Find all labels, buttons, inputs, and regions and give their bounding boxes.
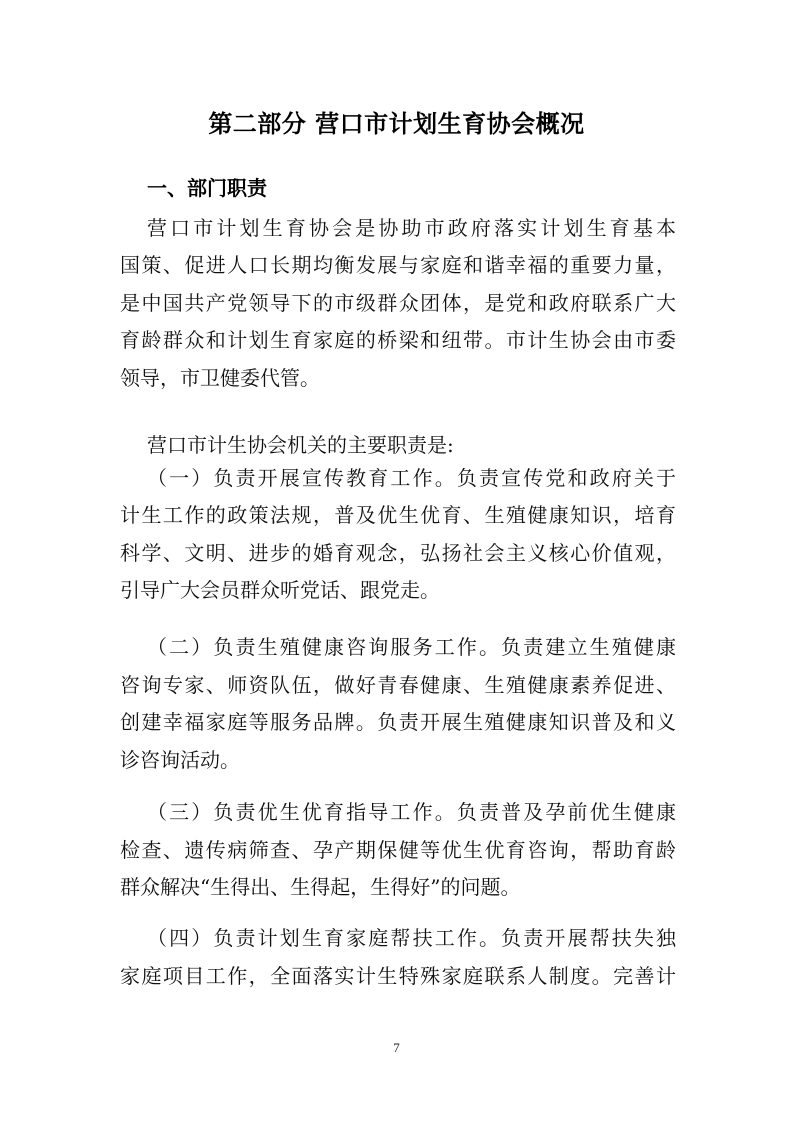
body-line: 计生工作的政策法规，普及优生优育、生殖健康知识，培育 xyxy=(120,500,676,530)
body-line: （四）负责计划生育家庭帮扶工作。负责开展帮扶失独 xyxy=(147,923,676,953)
body-line: 营口市计生协会机关的主要职责是: xyxy=(147,430,676,460)
document-page: 第二部分 营口市计划生育协会概况 一、部门职责 营口市计划生育协会是协助市政府落… xyxy=(0,0,793,1122)
body-line: 国策、促进人口长期均衡发展与家庭和谐幸福的重要力量， xyxy=(120,250,676,280)
page-number: 7 xyxy=(0,1040,793,1056)
body-line: 家庭项目工作，全面落实计生特殊家庭联系人制度。完善计 xyxy=(120,961,676,991)
body-line: 咨询专家、师资队伍，做好青春健康、生殖健康素养促进、 xyxy=(120,670,676,700)
body-line: 诊咨询活动。 xyxy=(120,745,676,775)
body-line: （二）负责生殖健康咨询服务工作。负责建立生殖健康 xyxy=(147,632,676,662)
body-line: （一）负责开展宣传教育工作。负责宣传党和政府关于 xyxy=(147,463,676,493)
body-line: 检查、遗传病筛查、孕产期保健等优生优育咨询，帮助育龄 xyxy=(120,835,676,865)
body-line: 领导，市卫健委代管。 xyxy=(120,363,676,393)
body-line: 育龄群众和计划生育家庭的桥梁和纽带。市计生协会由市委 xyxy=(120,325,676,355)
body-line: 创建幸福家庭等服务品牌。负责开展生殖健康知识普及和义 xyxy=(120,707,676,737)
page-title: 第二部分 营口市计划生育协会概况 xyxy=(0,104,793,139)
body-line: 是中国共产党领导下的市级群众团体，是党和政府联系广大 xyxy=(120,288,676,318)
body-line: 引导广大会员群众听党话、跟党走。 xyxy=(120,575,676,605)
body-line: （三）负责优生优育指导工作。负责普及孕前优生健康 xyxy=(147,797,676,827)
body-line: 科学、文明、进步的婚育观念，弘扬社会主义核心价值观， xyxy=(120,538,676,568)
body-line: 营口市计划生育协会是协助市政府落实计划生育基本 xyxy=(147,213,676,243)
section-heading: 一、部门职责 xyxy=(147,172,267,201)
body-line: 群众解决“生得出、生得起，生得好”的问题。 xyxy=(120,872,676,902)
